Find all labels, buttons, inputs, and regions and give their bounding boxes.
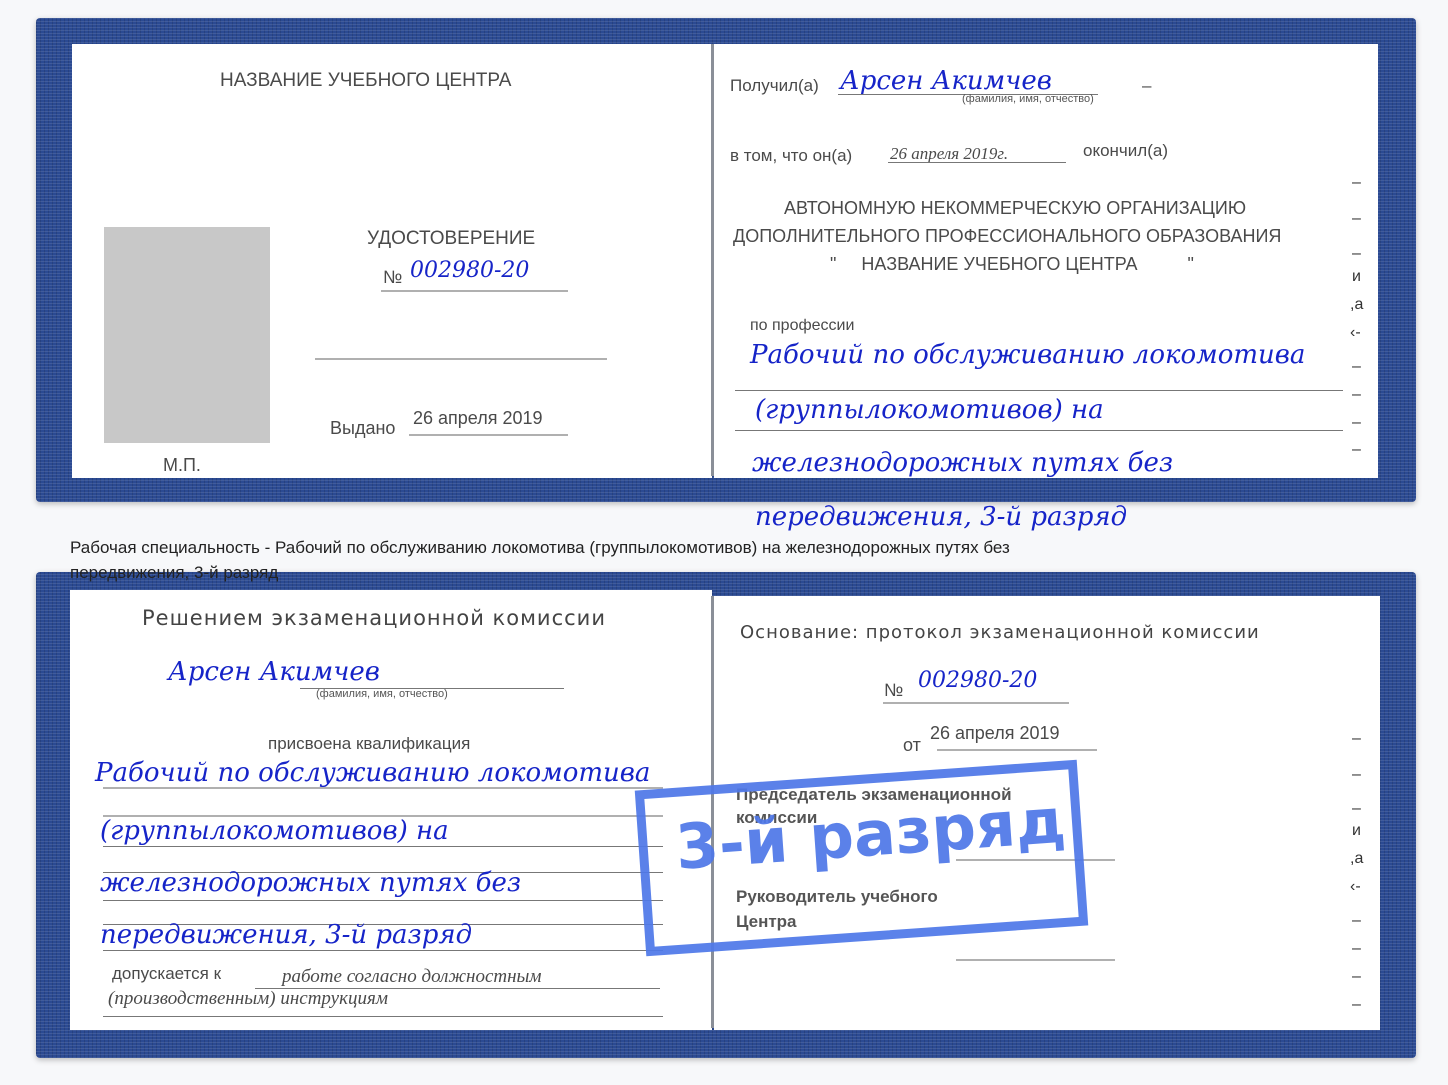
decision-title: Решением экзаменационной комиссии <box>142 606 606 630</box>
org-line-2: ДОПОЛНИТЕЛЬНОГО ПРОФЕССИОНАЛЬНОГО ОБРАЗО… <box>733 226 1281 247</box>
margin-mark: – <box>1352 730 1361 748</box>
qualification-label: присвоена квалификация <box>268 734 470 754</box>
recipient-dash: – <box>1142 76 1151 96</box>
protocol-number-underline <box>883 702 1069 704</box>
margin-mark: ‹- <box>1350 878 1361 896</box>
qualification-line-1: Рабочий по обслуживанию локомотива <box>95 758 650 788</box>
admitted-line-1: работе согласно должностным <box>282 966 542 988</box>
completion-date: 26 апреля 2019г. <box>890 144 1008 164</box>
admitted-label: допускается к <box>112 964 221 984</box>
margin-mark: ,а <box>1350 850 1363 868</box>
fio-hint: (фамилия, имя, отчество) <box>962 93 1094 105</box>
margin-mark: – <box>1352 358 1361 376</box>
profession-rule-2 <box>735 430 1343 431</box>
from-label: от <box>903 735 921 756</box>
margin-mark: – <box>1352 210 1361 228</box>
issued-label: Выдано <box>330 418 395 439</box>
issued-date: 26 апреля 2019 <box>413 408 543 429</box>
completed-label: окончил(а) <box>1083 141 1168 161</box>
margin-mark: ‹- <box>1350 324 1361 342</box>
qualification-rule-5 <box>103 900 663 901</box>
margin-mark: – <box>1352 441 1361 459</box>
received-label: Получил(а) <box>730 76 819 96</box>
grade-stamp: 3-й разряд <box>635 760 1089 956</box>
profession-label: по профессии <box>750 317 854 335</box>
margin-mark: – <box>1352 912 1361 930</box>
margin-mark: и <box>1352 268 1361 286</box>
admitted-rule-2 <box>103 1016 663 1017</box>
margin-mark: – <box>1352 174 1361 192</box>
qualification-rule-3 <box>103 846 663 847</box>
recipient-name: Арсен Акимчев <box>840 66 1052 96</box>
margin-mark: – <box>1352 766 1361 784</box>
org-line-3: " НАЗВАНИЕ УЧЕБНОГО ЦЕНТРА " <box>830 254 1194 275</box>
margin-mark: – <box>1352 800 1361 818</box>
admitted-line-2: (производственным) инструкциям <box>108 988 388 1010</box>
protocol-number: 002980-20 <box>918 668 1037 693</box>
issued-underline <box>409 434 568 436</box>
org-title: НАЗВАНИЕ УЧЕБНОГО ЦЕНТРА <box>220 70 512 92</box>
profession-line-3: железнодорожных путях без <box>752 448 1173 478</box>
certificate-number: 002980-20 <box>410 258 529 283</box>
margin-mark: и <box>1352 822 1361 840</box>
margin-mark: – <box>1352 245 1361 263</box>
that-label: в том, что он(а) <box>730 146 852 166</box>
number-underline <box>381 290 568 292</box>
photo-placeholder <box>104 227 270 443</box>
basis-title: Основание: протокол экзаменационной коми… <box>740 622 1260 643</box>
qualification-line-3: железнодорожных путях без <box>100 868 521 898</box>
protocol-date: 26 апреля 2019 <box>930 723 1060 744</box>
qualification-rule-7 <box>103 950 663 951</box>
margin-mark: – <box>1352 414 1361 432</box>
profession-line-2: (группылокомотивов) на <box>755 395 1104 425</box>
margin-mark: – <box>1352 996 1361 1014</box>
person-name: Арсен Акимчев <box>168 657 380 687</box>
margin-mark: ,а <box>1350 296 1363 314</box>
profession-rule-1 <box>735 390 1343 391</box>
number-prefix: № <box>383 267 402 288</box>
margin-mark: – <box>1352 940 1361 958</box>
qualification-rule-1 <box>103 787 663 789</box>
qualification-line-4: передвижения, 3-й разряд <box>100 920 472 950</box>
org-line-1: АВТОНОМНУЮ НЕКОММЕРЧЕСКУЮ ОРГАНИЗАЦИЮ <box>784 198 1246 219</box>
stamp-place-label: М.П. <box>163 455 201 476</box>
completion-underline <box>888 162 1066 163</box>
doc-title: УДОСТОВЕРЕНИЕ <box>367 228 535 250</box>
fio-hint-bottom: (фамилия, имя, отчество) <box>316 688 448 700</box>
qualification-line-2: (группылокомотивов) на <box>100 816 449 846</box>
margin-mark: – <box>1352 968 1361 986</box>
profession-line-4: передвижения, 3-й разряд <box>755 502 1127 532</box>
specialty-caption-overlay: Рабочая специальность - Рабочий по обслу… <box>70 535 1070 585</box>
margin-mark: – <box>1352 386 1361 404</box>
head-signature-line <box>956 959 1115 961</box>
profession-line-1: Рабочий по обслуживанию локомотива <box>750 340 1305 370</box>
signature-line <box>315 358 607 360</box>
top-spine <box>711 44 714 476</box>
protocol-number-prefix: № <box>884 680 903 701</box>
grade-stamp-text: 3-й разряд <box>673 784 1068 884</box>
protocol-date-underline <box>937 749 1097 751</box>
